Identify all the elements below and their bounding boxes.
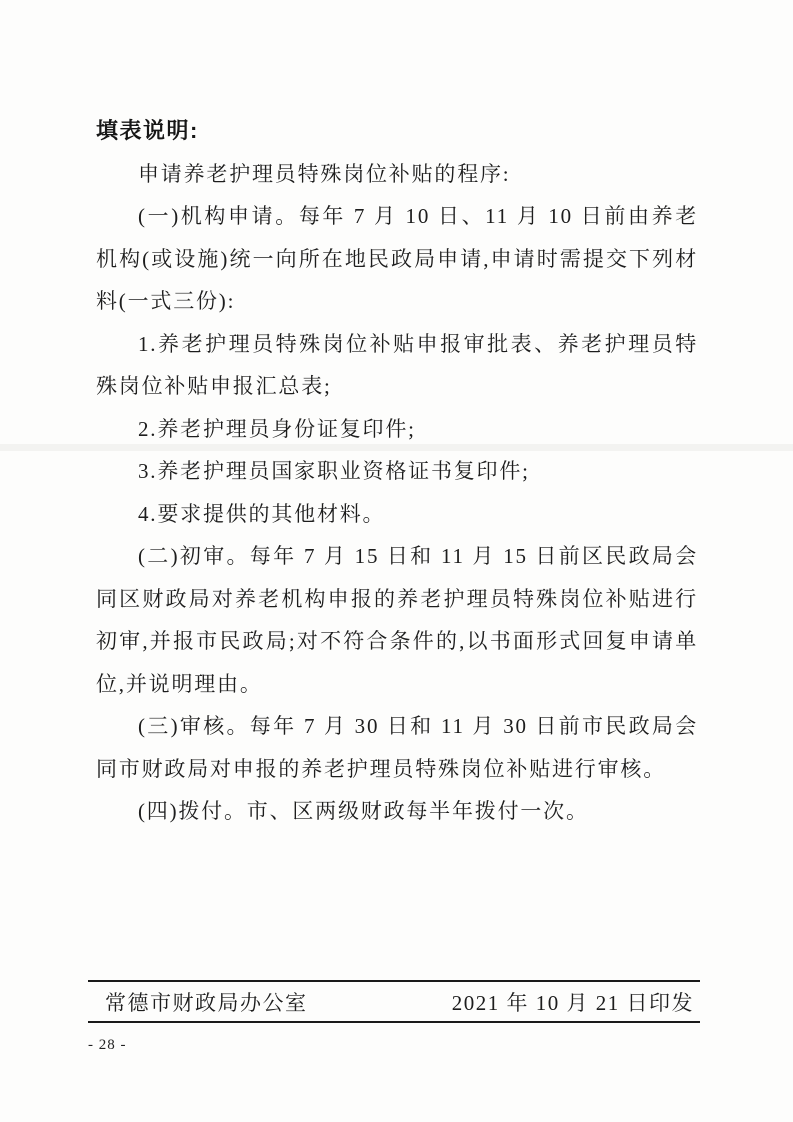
- paragraph: (三)审核。每年 7 月 30 日和 11 月 30 日前市民政局会同市财政局对…: [96, 705, 698, 790]
- paragraph: (四)拨付。市、区两级财政每半年拨付一次。: [96, 790, 698, 833]
- paragraph: (二)初审。每年 7 月 15 日和 11 月 15 日前区民政局会同区财政局对…: [96, 535, 698, 705]
- body-paragraphs: 申请养老护理员特殊岗位补贴的程序:(一)机构申请。每年 7 月 10 日、11 …: [96, 153, 698, 833]
- paragraph: 4.要求提供的其他材料。: [96, 493, 698, 536]
- issuing-office: 常德市财政局办公室: [105, 987, 308, 1017]
- document-page: 填表说明: 申请养老护理员特殊岗位补贴的程序:(一)机构申请。每年 7 月 10…: [0, 0, 793, 1122]
- paragraph: 3.养老护理员国家职业资格证书复印件;: [96, 450, 698, 493]
- section-heading: 填表说明:: [96, 110, 698, 153]
- page-number: - 28 -: [88, 1037, 127, 1054]
- colophon-rule-bottom: [88, 1021, 700, 1023]
- paragraph: 申请养老护理员特殊岗位补贴的程序:: [96, 153, 698, 196]
- paragraph: (一)机构申请。每年 7 月 10 日、11 月 10 日前由养老机构(或设施)…: [96, 195, 698, 323]
- print-date: 2021 年 10 月 21 日印发: [452, 987, 694, 1017]
- paragraph: 1.养老护理员特殊岗位补贴申报审批表、养老护理员特殊岗位补贴申报汇总表;: [96, 323, 698, 408]
- document-body: 填表说明: 申请养老护理员特殊岗位补贴的程序:(一)机构申请。每年 7 月 10…: [96, 110, 698, 833]
- colophon: 常德市财政局办公室 2021 年 10 月 21 日印发: [88, 982, 700, 1021]
- paragraph: 2.养老护理员身份证复印件;: [96, 408, 698, 451]
